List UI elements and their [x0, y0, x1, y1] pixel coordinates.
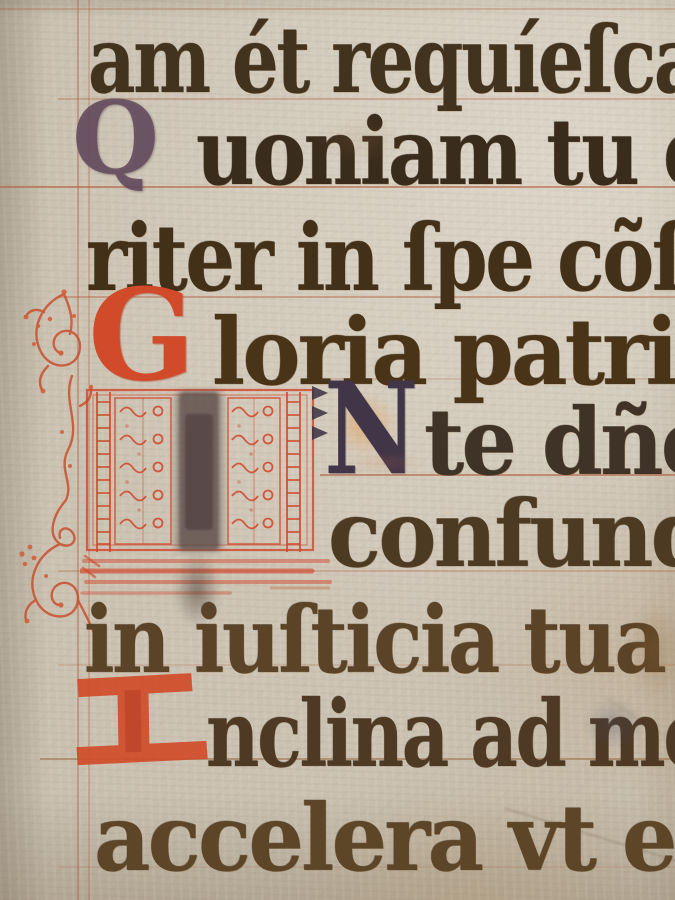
text-line: loria patri.: [212, 306, 675, 398]
decorated-initial-block: [84, 386, 318, 558]
initial-n: N: [324, 366, 418, 492]
text-line: uoniam tu d: [196, 106, 675, 198]
text-line: te dñe ſ: [424, 396, 675, 488]
manuscript-page-photo: am ét requíeſca Q uoniam tu d riter in ſ…: [0, 0, 675, 900]
drop-cap-q: Q: [72, 88, 159, 188]
rubric-initial-g: G: [88, 272, 196, 398]
text-line: am ét requíeſca: [88, 14, 675, 106]
initial-i-bar: [174, 390, 224, 552]
rubric-initial-i: [73, 669, 215, 771]
text-line: accelera vt erua: [94, 792, 675, 884]
text-line: nclina ad me: [206, 688, 675, 780]
text-line: confund: [328, 488, 675, 580]
